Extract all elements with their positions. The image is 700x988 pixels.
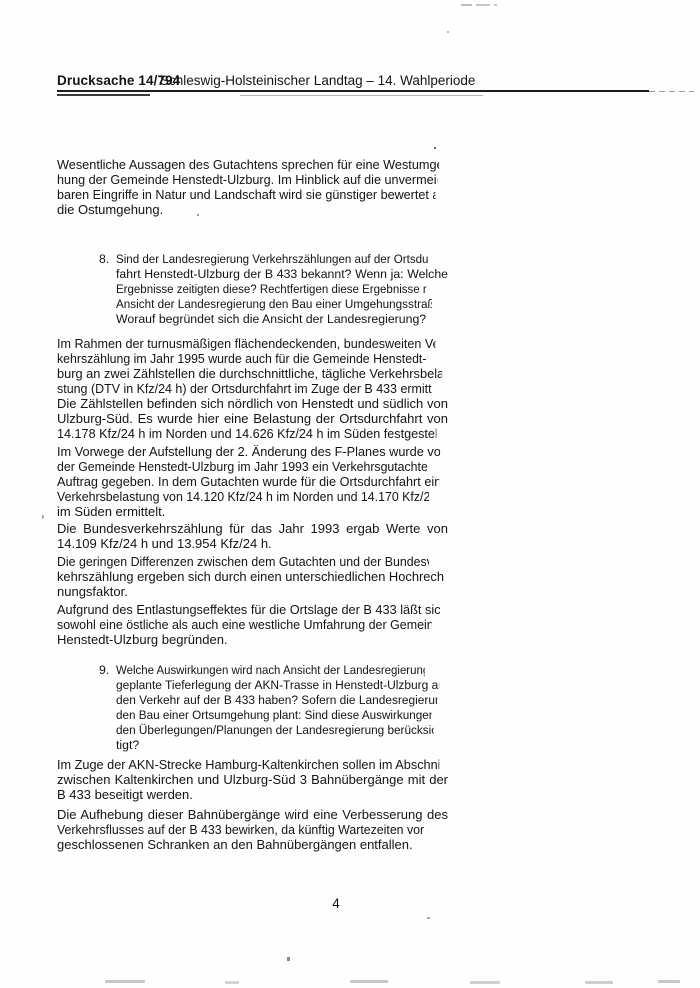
text-line: Wesentliche Aussagen des Gutachtens spre… bbox=[57, 157, 439, 172]
text-line: Im Rahmen der turnusmäßigen flächendecke… bbox=[57, 336, 435, 351]
text-line: Worauf begründet sich die Ansicht der La… bbox=[116, 312, 448, 327]
text-line: Die Bundesverkehrszählung für das Jahr 1… bbox=[57, 521, 448, 536]
text-line: fahrt Henstedt-Ulzburg der B 433 bekannt… bbox=[116, 267, 448, 282]
scan-artifact bbox=[434, 147, 436, 149]
text-line: den Verkehr auf der B 433 haben? Sofern … bbox=[116, 693, 437, 708]
scan-artifact bbox=[585, 981, 613, 984]
scan-artifact bbox=[476, 4, 490, 6]
scan-artifact bbox=[461, 4, 472, 6]
text-line: Sind der Landesregierung Verkehrszählung… bbox=[116, 252, 428, 267]
text-line: hung der Gemeinde Henstedt-Ulzburg. Im H… bbox=[57, 172, 437, 187]
header-rule-fragment bbox=[240, 95, 483, 96]
text-line: sowohl eine östliche als auch eine westl… bbox=[57, 617, 432, 632]
text-line: Henstedt-Ulzburg begründen. bbox=[57, 632, 448, 647]
scan-artifact bbox=[225, 981, 239, 984]
text-line: den Überlegungen/Planungen der Landesreg… bbox=[116, 723, 434, 738]
text-line: baren Eingriffe in Natur und Landschaft … bbox=[57, 187, 435, 202]
text-line: geplante Tieferlegung der AKN-Trasse in … bbox=[116, 678, 439, 693]
text-line: Die Aufhebung dieser Bahnübergänge wird … bbox=[57, 807, 448, 822]
text-line: zwischen Kaltenkirchen und Ulzburg-Süd 3… bbox=[57, 772, 448, 787]
text-line: stung (DTV in Kfz/24 h) der Ortsdurchfah… bbox=[57, 381, 432, 396]
header-rule-tail bbox=[649, 91, 694, 92]
text-line: kehrszählung ergeben sich durch einen un… bbox=[57, 569, 444, 584]
paragraph: Wesentliche Aussagen des Gutachtens spre… bbox=[57, 157, 448, 217]
header-rule-fragment bbox=[57, 94, 150, 96]
text-line: B 433 beseitigt werden. bbox=[57, 787, 448, 802]
question-number: 8. bbox=[99, 252, 115, 267]
text-line: Die geringen Differenzen zwischen dem Gu… bbox=[57, 554, 429, 569]
text-line: 14.109 Kfz/24 h und 13.954 Kfz/24 h. bbox=[57, 536, 448, 551]
paragraph: Im Vorwege der Aufstellung der 2. Änderu… bbox=[57, 444, 448, 519]
text-line: Aufgrund des Entlastungseffektes für die… bbox=[57, 602, 440, 617]
text-line: Im Vorwege der Aufstellung der 2. Änderu… bbox=[57, 444, 440, 459]
page-header: Drucksache 14/794 Schleswig-Holsteinisch… bbox=[57, 73, 657, 89]
text-line: der Gemeinde Henstedt-Ulzburg im Jahr 19… bbox=[57, 459, 427, 474]
document-page: Drucksache 14/794 Schleswig-Holsteinisch… bbox=[0, 0, 700, 988]
scan-artifact bbox=[447, 31, 449, 33]
text-line: Verkehrsflusses auf der B 433 bewirken, … bbox=[57, 822, 428, 837]
paragraph: Im Zuge der AKN-Strecke Hamburg-Kaltenki… bbox=[57, 757, 448, 802]
page-number: 4 bbox=[0, 896, 672, 911]
text-line: Welche Auswirkungen wird nach Ansicht de… bbox=[116, 663, 425, 678]
text-line: den Bau einer Ortsumgehung plant: Sind d… bbox=[116, 708, 432, 723]
paragraph: Im Rahmen der turnusmäßigen flächendecke… bbox=[57, 336, 448, 441]
document-title: Schleswig-Holsteinischer Landtag – 14. W… bbox=[160, 73, 475, 88]
text-line: burg an zwei Zählstellen die durchschnit… bbox=[57, 366, 442, 381]
text-line: kehrszählung im Jahr 1995 wurde auch für… bbox=[57, 351, 427, 366]
question-number: 9. bbox=[99, 663, 115, 678]
paragraph: Die Bundesverkehrszählung für das Jahr 1… bbox=[57, 521, 448, 551]
scan-artifact bbox=[350, 980, 388, 983]
question-block: 9. Welche Auswirkungen wird nach Ansicht… bbox=[116, 663, 448, 753]
scan-artifact bbox=[197, 214, 199, 216]
scan-artifact bbox=[427, 917, 430, 919]
text-line: geschlossenen Schranken an den Bahnüberg… bbox=[57, 837, 448, 852]
paragraph: Aufgrund des Entlastungseffektes für die… bbox=[57, 602, 448, 647]
question-block: 8. Sind der Landesregierung Verkehrszähl… bbox=[116, 252, 448, 327]
paragraph: Die Aufhebung dieser Bahnübergänge wird … bbox=[57, 807, 448, 852]
text-line: Ansicht der Landesregierung den Bau eine… bbox=[116, 297, 432, 312]
text-line: im Süden ermittelt. bbox=[57, 504, 448, 519]
text-line: die Ostumgehung. bbox=[57, 202, 448, 217]
scan-artifact bbox=[658, 980, 680, 983]
scan-artifact bbox=[470, 981, 500, 984]
text-line: 14.178 Kfz/24 h im Norden und 14.626 Kfz… bbox=[57, 426, 436, 441]
text-line: nungsfaktor. bbox=[57, 584, 448, 599]
scan-artifact bbox=[105, 980, 145, 983]
text-line: Ergebnisse zeitigten diese? Rechtfertige… bbox=[116, 282, 426, 297]
text-line: Auftrag gegeben. In dem Gutachten wurde … bbox=[57, 474, 439, 489]
text-line: Die Zählstellen befinden sich nördlich v… bbox=[57, 396, 448, 411]
scan-artifact bbox=[287, 957, 290, 961]
text-line: tigt? bbox=[116, 738, 448, 753]
text-line: Im Zuge der AKN-Strecke Hamburg-Kaltenki… bbox=[57, 757, 439, 772]
scan-artifact-comma: , bbox=[41, 505, 45, 520]
paragraph: Die geringen Differenzen zwischen dem Gu… bbox=[57, 554, 448, 599]
scan-artifact bbox=[494, 4, 497, 6]
text-line: Ulzburg-Süd. Es wurde hier eine Belastun… bbox=[57, 411, 448, 426]
text-line: Verkehrsbelastung von 14.120 Kfz/24 h im… bbox=[57, 489, 429, 504]
header-rule bbox=[57, 90, 649, 92]
